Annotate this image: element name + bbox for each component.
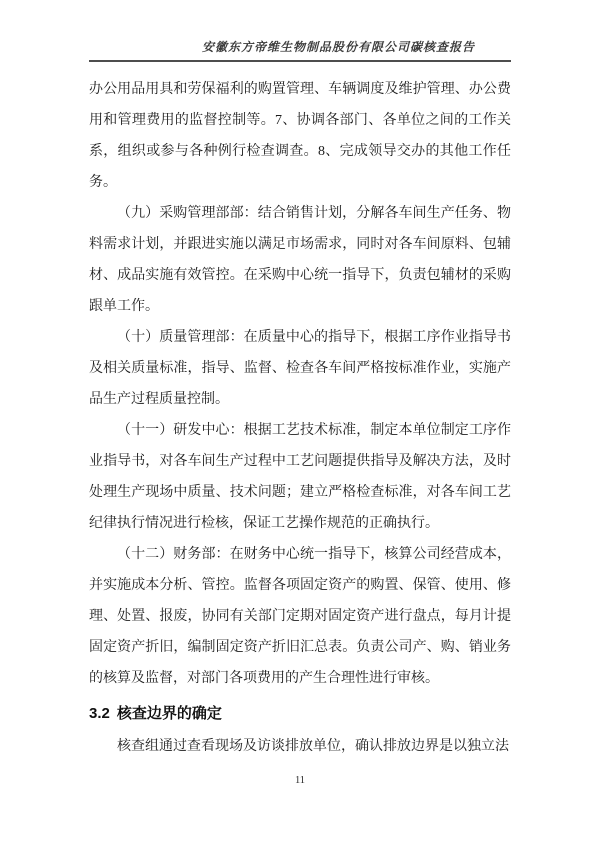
body-paragraph: （九）采购管理部部：结合销售计划，分解各车间生产任务、物料需求计划，并跟进实施以… xyxy=(89,198,511,322)
page-number: 11 xyxy=(0,773,600,788)
body-paragraph: 办公用品用具和劳保福利的购置管理、车辆调度及维护管理、办公费用和管理费用的监督控… xyxy=(89,74,511,198)
body-paragraph: （十一）研发中心：根据工艺技术标准，制定本单位制定工序作业指导书，对各车间生产过… xyxy=(89,415,511,539)
document-body: 办公用品用具和劳保福利的购置管理、车辆调度及维护管理、办公费用和管理费用的监督控… xyxy=(89,74,511,762)
section-heading: 3.2核查边界的确定 xyxy=(89,702,511,726)
closing-paragraph: 核查组通过查看现场及访谈排放单位，确认排放边界是以独立法 xyxy=(89,731,511,762)
report-page: 安徽东方帝维生物制品股份有限公司碳核查报告 办公用品用具和劳保福利的购置管理、车… xyxy=(0,0,600,848)
section-number: 3.2 xyxy=(89,705,110,722)
body-paragraph: （十二）财务部：在财务中心统一指导下，核算公司经营成本，并实施成本分析、管控。监… xyxy=(89,539,511,694)
page-header: 安徽东方帝维生物制品股份有限公司碳核查报告 xyxy=(89,40,511,62)
section-title: 核查边界的确定 xyxy=(117,706,222,722)
header-title: 安徽东方帝维生物制品股份有限公司碳核查报告 xyxy=(89,40,511,54)
body-paragraph: （十）质量管理部：在质量中心的指导下，根据工序作业指导书及相关质量标准，指导、监… xyxy=(89,322,511,415)
header-rule xyxy=(89,60,511,62)
